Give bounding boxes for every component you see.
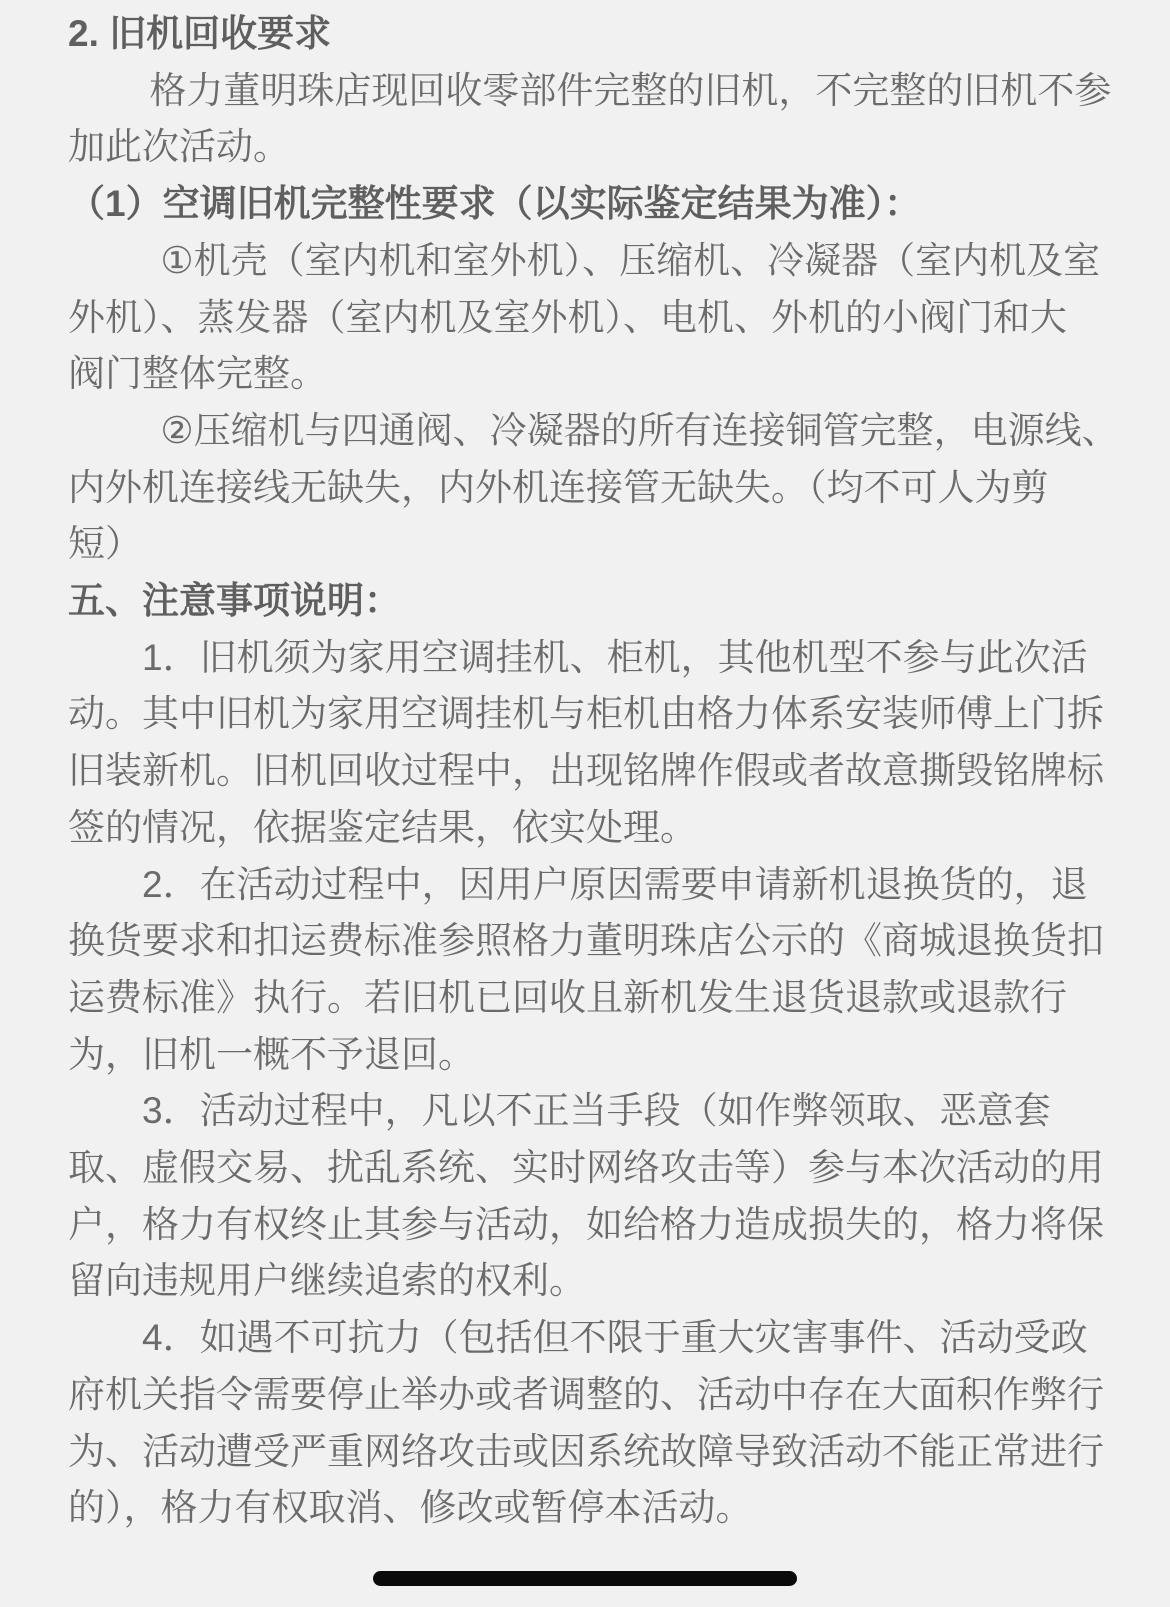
para-note-2: 2．在活动过程中，因用户原因需要申请新机退换货的，退 换货要求和扣运费标准参照格… [68, 857, 1130, 1084]
para-note-4: 4．如遇不可抗力（包括但不限于重大灾害事件、活动受政 府机关指令需要停止举办或者… [68, 1310, 1130, 1537]
para-note-3: 3．活动过程中，凡以不正当手段（如作弊领取、恶意套 取、虚假交易、扰乱系统、实时… [68, 1083, 1130, 1310]
page: { "page": { "background_color": "#f1f1f1… [0, 0, 1170, 1607]
heading-recycle-requirements: 2. 旧机回收要求 [68, 6, 1130, 63]
para-completeness-item-1: ①机壳（室内机和室外机）、压缩机、冷凝器（室内机及室 外机）、蒸发器（室内机及室… [68, 233, 1130, 403]
heading-notes: 五、注意事项说明： [68, 573, 1130, 630]
para-completeness-item-2: ②压缩机与四通阀、冷凝器的所有连接铜管完整，电源线、 内外机连接线无缺失，内外机… [68, 403, 1130, 573]
para-note-1: 1．旧机须为家用空调挂机、柜机，其他机型不参与此次活 动。其中旧机为家用空调挂机… [68, 630, 1130, 857]
home-indicator[interactable] [373, 1571, 797, 1586]
para-recycle-intro: 格力董明珠店现回收零部件完整的旧机，不完整的旧机不参 加此次活动。 [68, 63, 1130, 176]
terms-document: 2. 旧机回收要求 格力董明珠店现回收零部件完整的旧机，不完整的旧机不参 加此次… [0, 0, 1170, 1537]
heading-completeness-requirements: （1）空调旧机完整性要求（以实际鉴定结果为准）： [68, 176, 1130, 233]
